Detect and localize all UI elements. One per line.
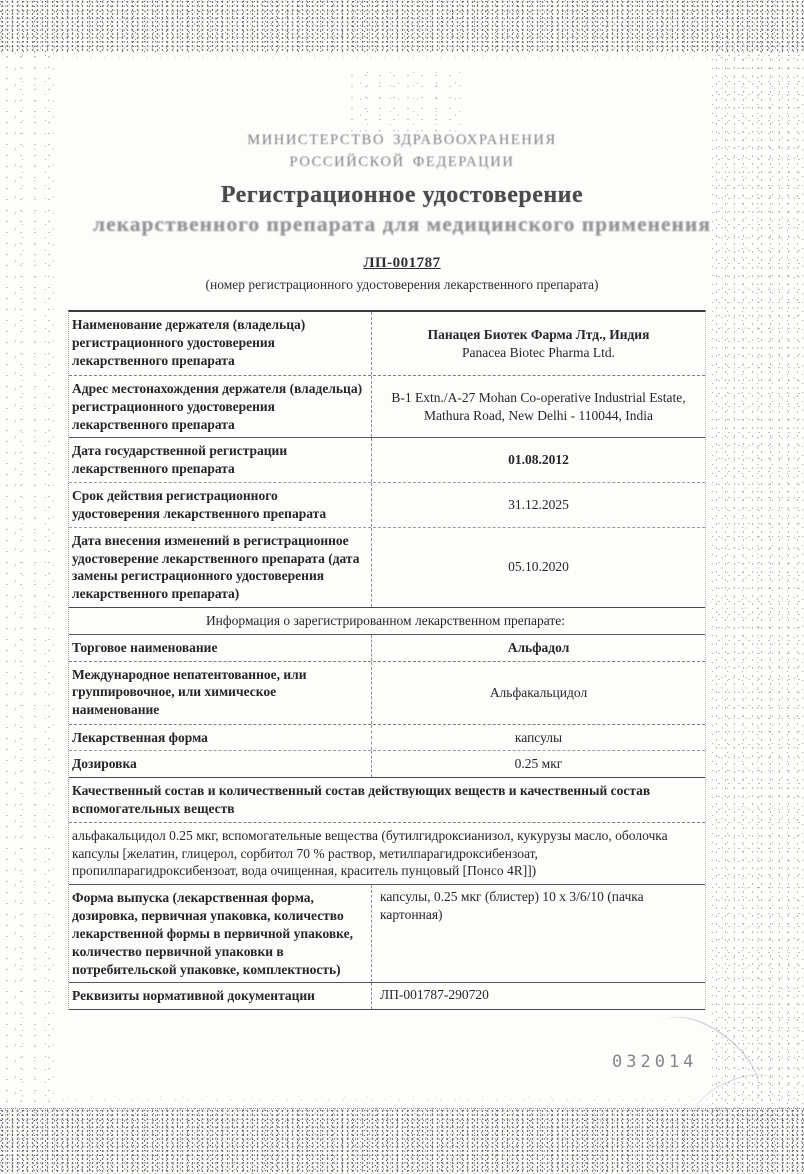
table-row-dosage-form: Лекарственная форма капсулы [69, 725, 705, 752]
guilloche-border-top [0, 0, 804, 52]
holder-address-value: B-1 Extn./A-27 Mohan Co-operative Indust… [372, 376, 705, 437]
amendment-date-value: 05.10.2020 [372, 528, 705, 607]
document-title: Регистрационное удостоверение [0, 182, 804, 209]
pencil-scribble [686, 1063, 785, 1137]
registration-date-value: 01.08.2012 [372, 438, 705, 482]
trade-name-label: Торговое наименование [69, 635, 372, 661]
ministry-line1: МИНИСТЕРСТВО ЗДРАВООХРАНЕНИЯ [0, 130, 804, 152]
release-form-value: капсулы, 0.25 мкг (блистер) 10 х 3/6/10 … [372, 885, 705, 982]
dosage-label: Дозировка [69, 751, 372, 777]
trade-name-value: Альфадол [372, 635, 705, 661]
inn-label: Международное непатентованное, или групп… [69, 662, 372, 724]
expiration-date-value: 31.12.2025 [372, 483, 705, 527]
dosage-form-value: капсулы [372, 725, 705, 751]
amendment-date-label: Дата внесения изменений в регистрационно… [69, 528, 372, 607]
table-row-holder-name: Наименование держателя (владельца) регис… [69, 312, 705, 376]
table-row-composition-header: Качественный состав и количественный сос… [69, 778, 705, 823]
document-subtitle: лекарственного препарата для медицинског… [40, 212, 764, 237]
info-header: Информация о зарегистрированном лекарств… [69, 608, 705, 634]
composition-header: Качественный состав и количественный сос… [69, 778, 705, 822]
registration-number-caption: (номер регистрационного удостоверения ле… [0, 277, 804, 293]
ministry-line2: РОССИЙСКОЙ ФЕДЕРАЦИИ [0, 152, 804, 174]
dosage-form-label: Лекарственная форма [69, 725, 372, 751]
release-form-label: Форма выпуска (лекарственная форма, дози… [69, 885, 372, 982]
holder-name-value: Панацея Биотек Фарма Лтд., Индия Panacea… [372, 312, 705, 375]
sheet-stamp-number: 032014 [612, 1052, 697, 1072]
table-row-composition-text: альфакальцидол 0.25 мкг, вспомогательные… [69, 823, 705, 885]
inn-value: Альфакальцидол [372, 662, 705, 724]
table-row-trade-name: Торговое наименование Альфадол [69, 635, 705, 662]
holder-name-en: Panacea Biotec Pharma Ltd. [428, 344, 650, 362]
composition-text: альфакальцидол 0.25 мкг, вспомогательные… [69, 823, 705, 884]
state-emblem-faded [345, 70, 460, 136]
table-row-expiration-date: Срок действия регистрационного удостовер… [69, 483, 705, 528]
guilloche-border-top-fade [0, 52, 804, 64]
normative-docs-value: ЛП-001787-290720 [372, 983, 705, 1009]
guilloche-border-bottom [0, 1108, 804, 1174]
holder-name-ru: Панацея Биотек Фарма Лтд., Индия [428, 326, 650, 344]
registration-date-label: Дата государственной регистрации лекарст… [69, 438, 372, 482]
certificate-table: Наименование держателя (владельца) регис… [68, 310, 706, 1010]
holder-address-label: Адрес местонахождения держателя (владель… [69, 376, 372, 437]
table-row-normative-docs: Реквизиты нормативной документации ЛП-00… [69, 983, 705, 1010]
ministry-header: МИНИСТЕРСТВО ЗДРАВООХРАНЕНИЯ РОССИЙСКОЙ … [0, 130, 804, 174]
table-row-inn: Международное непатентованное, или групп… [69, 662, 705, 725]
normative-docs-label: Реквизиты нормативной документации [69, 983, 372, 1009]
expiration-date-label: Срок действия регистрационного удостовер… [69, 483, 372, 527]
table-row-dosage: Дозировка 0.25 мкг [69, 751, 705, 778]
guilloche-border-bottom-fade [0, 1094, 804, 1108]
registration-number: ЛП-001787 [0, 255, 804, 272]
table-row-registration-date: Дата государственной регистрации лекарст… [69, 438, 705, 483]
table-row-amendment-date: Дата внесения изменений в регистрационно… [69, 528, 705, 608]
table-row-holder-address: Адрес местонахождения держателя (владель… [69, 376, 705, 438]
table-row-info-header: Информация о зарегистрированном лекарств… [69, 608, 705, 635]
holder-name-label: Наименование держателя (владельца) регис… [69, 312, 372, 375]
table-row-release-form: Форма выпуска (лекарственная форма, дози… [69, 885, 705, 983]
dosage-value: 0.25 мкг [372, 751, 705, 777]
registration-certificate-page: МИНИСТЕРСТВО ЗДРАВООХРАНЕНИЯ РОССИЙСКОЙ … [0, 0, 804, 1174]
